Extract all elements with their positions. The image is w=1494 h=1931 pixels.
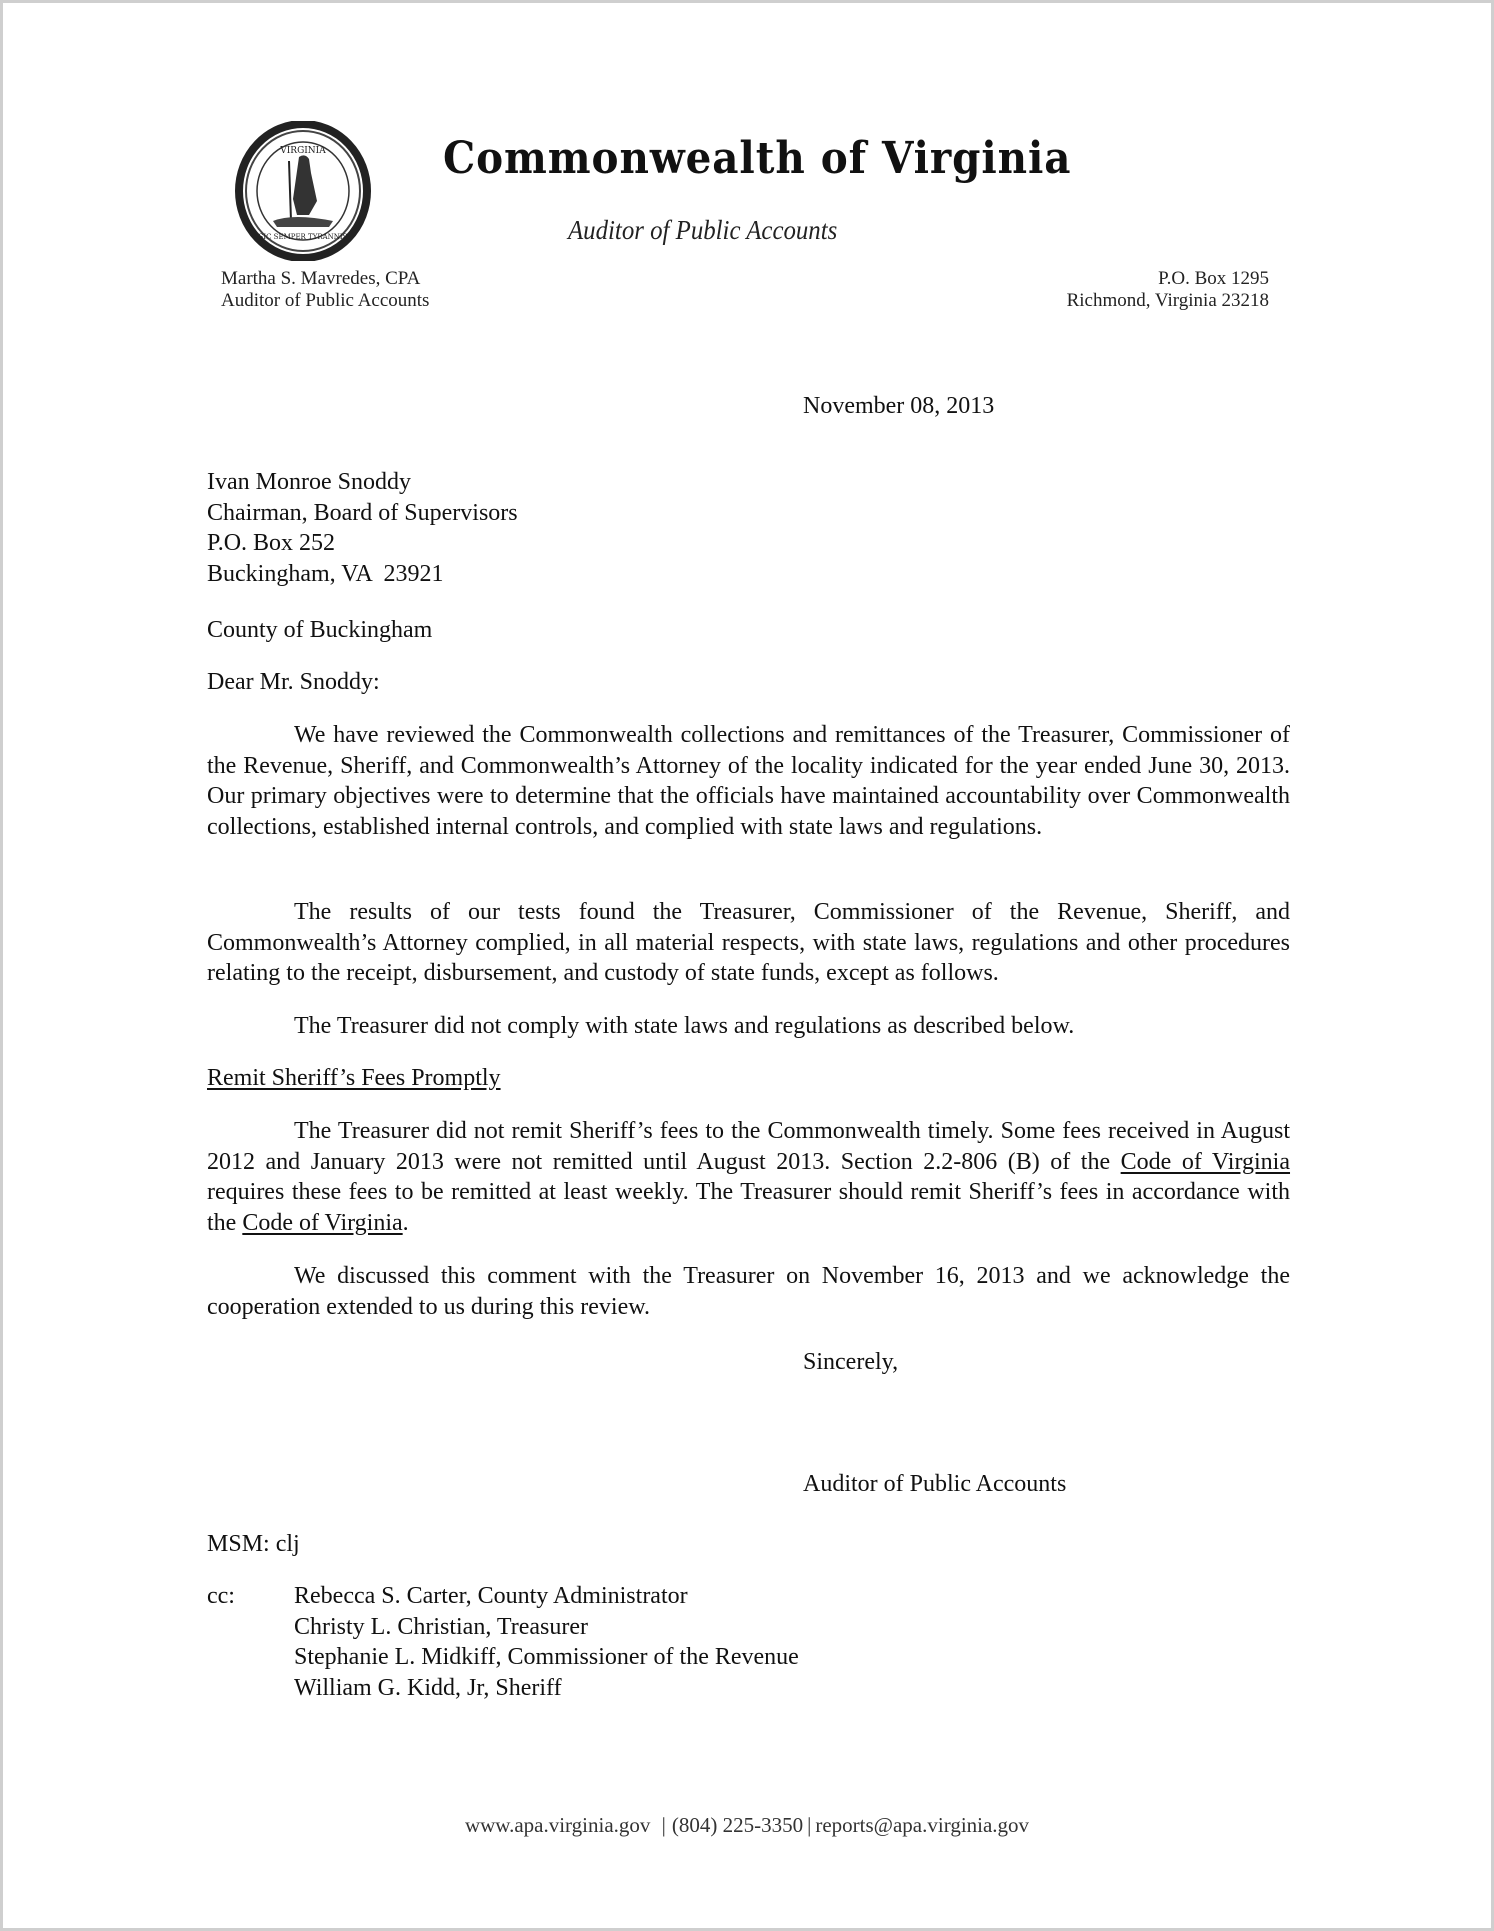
cc-recipient: Stephanie L. Midkiff, Commissioner of th… — [294, 1642, 799, 1673]
code-of-virginia-ref: Code of Virginia — [242, 1210, 402, 1236]
recipient-title: Chairman, Board of Supervisors — [207, 498, 518, 529]
recipient-po-box: P.O. Box 252 — [207, 528, 518, 559]
cc-label: cc: — [207, 1581, 294, 1612]
paragraph-noncompliance: The Treasurer did not comply with state … — [207, 1011, 1290, 1042]
footer-website: www.apa.virginia.gov — [465, 1813, 650, 1837]
salutation: Dear Mr. Snoddy: — [207, 667, 1290, 698]
paragraph-results: The results of our tests found the Treas… — [207, 897, 1290, 989]
code-of-virginia-ref: Code of Virginia — [1121, 1149, 1290, 1175]
auditor-title: Auditor of Public Accounts — [221, 290, 429, 312]
city-state-zip: Richmond, Virginia 23218 — [1067, 290, 1269, 312]
cc-recipient: William G. Kidd, Jr, Sheriff — [294, 1673, 562, 1704]
letter-date: November 08, 2013 — [803, 391, 994, 422]
valediction: Sincerely, — [803, 1347, 898, 1378]
letter-page: VIRGINIA SIC SEMPER TYRANNIS Commonwealt… — [3, 3, 1491, 1928]
letterhead-subtitle: Auditor of Public Accounts — [568, 215, 837, 246]
po-box: P.O. Box 1295 — [1067, 268, 1269, 290]
footer-contact: www.apa.virginia.gov |(804) 225-3350|rep… — [3, 1813, 1491, 1838]
svg-text:SIC SEMPER TYRANNIS: SIC SEMPER TYRANNIS — [259, 233, 348, 241]
finding-heading: Remit Sheriff’s Fees Promptly — [207, 1065, 501, 1091]
recipient-name: Ivan Monroe Snoddy — [207, 467, 518, 498]
cc-recipient: Rebecca S. Carter, County Administrator — [294, 1581, 688, 1612]
svg-text:VIRGINIA: VIRGINIA — [279, 146, 326, 156]
letterhead-auditor-block: Martha S. Mavredes, CPA Auditor of Publi… — [221, 268, 429, 312]
recipient-address: Ivan Monroe Snoddy Chairman, Board of Su… — [207, 467, 518, 589]
footer-email: reports@apa.virginia.gov — [815, 1813, 1029, 1837]
cc-list: cc:Rebecca S. Carter, County Administrat… — [207, 1581, 799, 1703]
paragraph-finding: The Treasurer did not remit Sheriff’s fe… — [207, 1116, 1290, 1238]
letterhead-address-block: P.O. Box 1295 Richmond, Virginia 23218 — [1067, 268, 1269, 312]
auditor-name: Martha S. Mavredes, CPA — [221, 268, 429, 290]
recipient-city: Buckingham, VA 23921 — [207, 559, 518, 590]
typist-initials: MSM: clj — [207, 1529, 300, 1560]
paragraph-discussion: We discussed this comment with the Treas… — [207, 1261, 1290, 1322]
paragraph-review-scope: We have reviewed the Commonwealth collec… — [207, 720, 1290, 842]
locality: County of Buckingham — [207, 615, 1290, 646]
signer: Auditor of Public Accounts — [803, 1469, 1066, 1500]
letterhead-title: Commonwealth of Virginia — [443, 133, 1071, 184]
virginia-seal-icon: VIRGINIA SIC SEMPER TYRANNIS — [233, 121, 373, 261]
footer-separator: | — [803, 1813, 815, 1837]
cc-recipient: Christy L. Christian, Treasurer — [294, 1612, 588, 1643]
footer-separator: | — [656, 1813, 672, 1837]
finding-text-c: . — [403, 1210, 409, 1236]
footer-phone: (804) 225-3350 — [672, 1813, 803, 1837]
